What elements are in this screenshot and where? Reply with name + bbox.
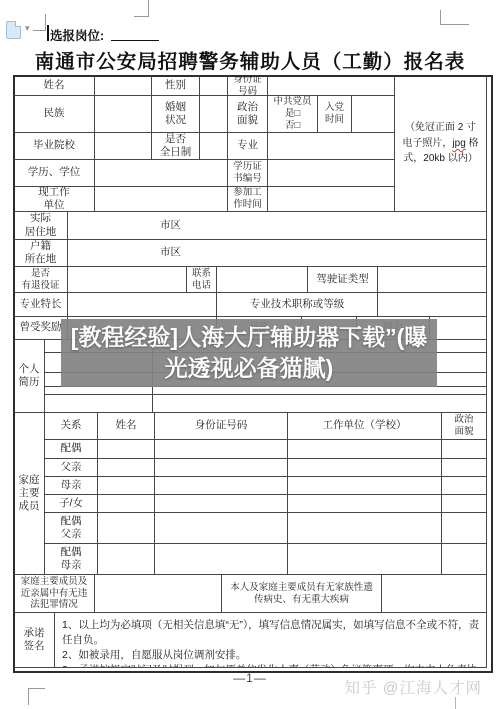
- fulltime-value[interactable]: [200, 133, 228, 160]
- family-cell[interactable]: [288, 513, 442, 544]
- family-cell[interactable]: [442, 440, 487, 459]
- fulltime-label: 是否 全日制: [152, 133, 200, 160]
- family-row-label: 配偶 母亲: [45, 544, 98, 575]
- specialty-value[interactable]: [68, 293, 217, 317]
- name-value[interactable]: [95, 76, 152, 96]
- family-cell[interactable]: [442, 459, 487, 477]
- family-cell[interactable]: [288, 440, 442, 459]
- gender-value[interactable]: [200, 76, 228, 96]
- family-row-label: 母亲: [45, 477, 98, 495]
- major-label: 专业: [228, 133, 268, 160]
- name-label: 姓名: [14, 76, 95, 96]
- crime-record-value[interactable]: [95, 575, 222, 613]
- position-blank-line[interactable]: [111, 25, 159, 41]
- health-history-value[interactable]: [382, 575, 487, 613]
- margin-mark-top-center: [134, 0, 149, 17]
- family-cell[interactable]: [98, 544, 155, 575]
- family-cell[interactable]: [155, 513, 288, 544]
- photo-cell[interactable]: （免冠正面 2 寸电子照片，jpg 格式，20kb 以内）: [395, 76, 487, 212]
- family-cell[interactable]: [442, 495, 487, 513]
- employer-label: 现工作 单位: [14, 187, 95, 212]
- license-value[interactable]: [378, 267, 487, 293]
- phone-label: 联系 电话: [187, 267, 217, 293]
- promise-item-1: 1、以上均为必填项（无相关信息填“无”），填写信息情况属实，如填写信息不全或不符…: [62, 618, 480, 648]
- family-cell[interactable]: [98, 477, 155, 495]
- document-icon[interactable]: [6, 21, 21, 39]
- family-cell[interactable]: [98, 513, 155, 544]
- tech-title-value[interactable]: [378, 293, 487, 317]
- position-field-label[interactable]: 选报岗位:: [50, 26, 104, 44]
- zhihu-watermark: 知乎 @江海人才网: [344, 676, 482, 698]
- awards-label: 曾受奖励: [14, 317, 68, 340]
- phone-value[interactable]: [217, 267, 308, 293]
- family-cell[interactable]: [155, 477, 288, 495]
- work-start-label: 参加工 作时间: [228, 187, 268, 212]
- chevron-down-icon[interactable]: ▾: [25, 23, 30, 34]
- family-header-political: 政治 面貌: [442, 413, 487, 440]
- family-cell[interactable]: [155, 495, 288, 513]
- resume-section-label: 个人 简历: [14, 340, 45, 413]
- tech-title-label: 专业技术职称或等级: [217, 293, 378, 317]
- family-row-label: 配偶: [45, 440, 98, 459]
- cpc-member-checkboxes[interactable]: 中共党员 是□ 否□: [268, 96, 318, 133]
- specialty-label: 专业特长: [14, 293, 68, 317]
- cert-number-label: 学历证 书编号: [228, 160, 268, 187]
- promise-item-3: 3、承诺按规定时间及时报到，如与原单位发生人事（劳动）争议等事项，均由本人负责协…: [62, 663, 480, 668]
- degree-value[interactable]: [95, 160, 228, 187]
- work-start-value[interactable]: [268, 187, 395, 212]
- residence-value[interactable]: 市区: [68, 212, 487, 240]
- resume-cell[interactable]: [153, 395, 487, 413]
- veteran-value[interactable]: [68, 267, 187, 293]
- promise-section-label: 承诺 签名: [14, 613, 55, 668]
- veteran-label: 是否 有退役证: [14, 267, 68, 293]
- gender-label: 性别: [152, 76, 200, 96]
- text-cursor: [47, 25, 49, 41]
- school-label: 毕业院校: [14, 133, 95, 160]
- family-cell[interactable]: [288, 459, 442, 477]
- family-header-id: 身份证号码: [155, 413, 288, 440]
- family-header-relation: 关系: [45, 413, 98, 440]
- family-header-workunit: 工作单位（学校）: [288, 413, 442, 440]
- family-row-label: 子/女: [45, 495, 98, 513]
- degree-label: 学历、学位: [14, 160, 95, 187]
- family-cell[interactable]: [155, 544, 288, 575]
- family-cell[interactable]: [442, 513, 487, 544]
- crime-record-label: 家庭主要成员及 近亲属中有无违 法犯罪情况: [14, 575, 95, 613]
- ethnicity-value[interactable]: [95, 96, 152, 133]
- page-title: 南通市公安局招聘警务辅助人员（工勤）报名表: [0, 46, 500, 74]
- promise-content: 1、以上均为必填项（无相关信息填“无”），填写信息情况属实，如填写信息不全或不符…: [55, 613, 487, 668]
- party-join-time-value[interactable]: [352, 96, 395, 133]
- family-cell[interactable]: [98, 495, 155, 513]
- marital-label: 婚姻 状况: [152, 96, 200, 133]
- hukou-value[interactable]: 市区: [68, 240, 487, 267]
- ad-overlay-banner[interactable]: [教程经验]人海大厅辅助器下载”(曝光透视必备猫腻): [61, 319, 437, 387]
- resume-cell[interactable]: [45, 387, 153, 395]
- resume-cell[interactable]: [153, 387, 487, 395]
- margin-mark-top-left: [33, 14, 46, 31]
- margin-mark-bottom-right: [455, 697, 456, 709]
- word-document-page: ▾ 选报岗位: 南通市公安局招聘警务辅助人员（工勤）报名表 姓名 性别 身份证 …: [0, 0, 500, 709]
- family-cell[interactable]: [288, 544, 442, 575]
- family-cell[interactable]: [155, 440, 288, 459]
- vision-value[interactable]: [430, 317, 487, 340]
- family-cell[interactable]: [98, 440, 155, 459]
- family-row-label: 配偶 父亲: [45, 513, 98, 544]
- political-label: 政治 面貌: [228, 96, 268, 133]
- residence-label: 实际 居住地: [14, 212, 68, 240]
- major-value[interactable]: [268, 133, 395, 160]
- health-history-label: 本人及家庭主要成员有无家族性遗 传病史、有无重大疾病: [222, 575, 382, 613]
- marital-value[interactable]: [200, 96, 228, 133]
- license-label: 驾驶证类型: [308, 267, 378, 293]
- family-cell[interactable]: [288, 477, 442, 495]
- family-cell[interactable]: [442, 544, 487, 575]
- school-value[interactable]: [95, 133, 152, 160]
- employer-value[interactable]: [95, 187, 228, 212]
- party-join-time-label: 入党 时间: [318, 96, 352, 133]
- family-cell[interactable]: [288, 495, 442, 513]
- family-cell[interactable]: [442, 477, 487, 495]
- family-row-label: 父亲: [45, 459, 98, 477]
- id-number-value[interactable]: [268, 76, 395, 96]
- family-cell[interactable]: [155, 459, 288, 477]
- cert-number-value[interactable]: [268, 160, 395, 187]
- id-number-label: 身份证 号码: [228, 76, 268, 96]
- family-cell[interactable]: [98, 459, 155, 477]
- promise-item-2: 2、如被录用，自愿服从岗位调剂安排。: [62, 648, 246, 663]
- family-section-label: 家庭 主要 成员: [14, 413, 45, 575]
- family-header-name: 姓名: [98, 413, 155, 440]
- margin-mark-top-right: [440, 10, 469, 25]
- ethnicity-label: 民族: [14, 96, 95, 133]
- photo-note-jpg: jpg: [452, 138, 465, 149]
- margin-mark-bottom-left: [28, 688, 45, 705]
- resume-cell[interactable]: [45, 395, 153, 413]
- hukou-label: 户籍 所在地: [14, 240, 68, 267]
